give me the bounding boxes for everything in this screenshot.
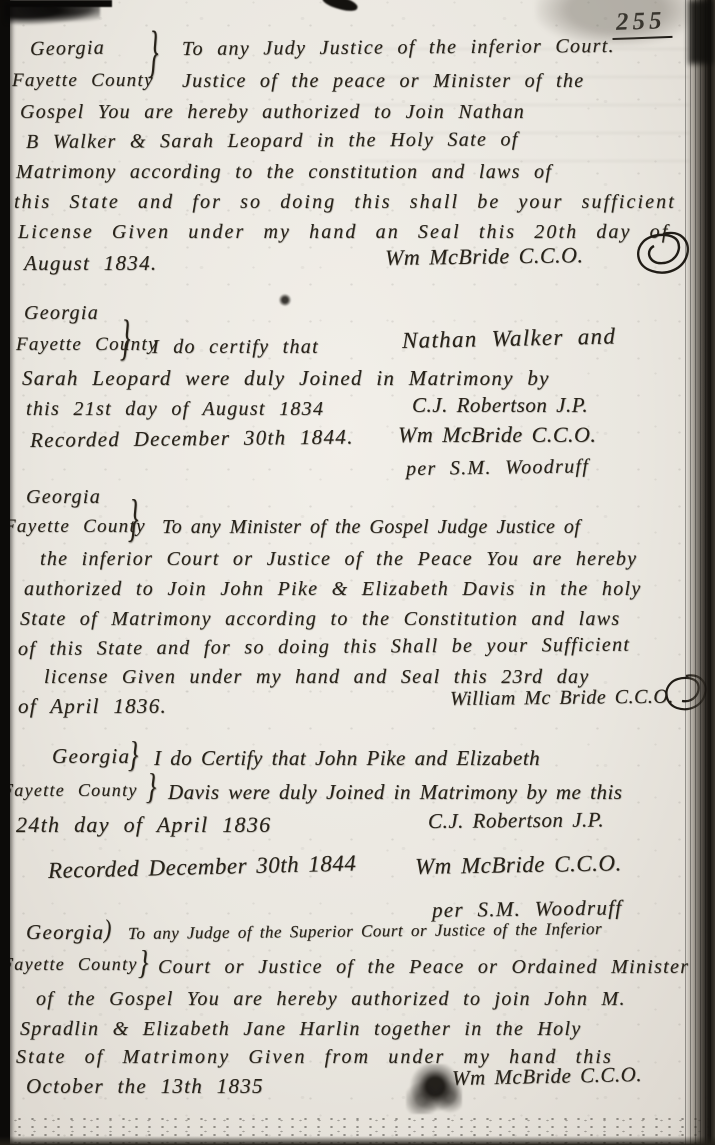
brace: } xyxy=(138,944,148,983)
ink-blot xyxy=(406,1064,462,1114)
license-text-line: Court or Justice of the Peace or Ordaine… xyxy=(158,956,689,979)
binding-edge xyxy=(685,0,715,1145)
scan-edge-bottom xyxy=(0,1136,715,1145)
state-caption: Georgia xyxy=(26,920,104,945)
license-text-line: of the Gospel You are hereby authorized … xyxy=(36,988,626,1011)
date-line: October the 13th 1835 xyxy=(26,1074,264,1099)
scan-corner-top-left xyxy=(4,2,100,26)
top-right-stain xyxy=(536,0,696,46)
license-text-line: Spradlin & Elizabeth Jane Harlin togethe… xyxy=(20,1018,582,1041)
license-text-line: To any Judge of the Superior Court or Ju… xyxy=(128,919,602,944)
bleed-through-lines xyxy=(360,48,690,178)
brace: ) xyxy=(104,913,111,944)
scanned-record-page: 255 Georgia Fayette County } To any Judy… xyxy=(0,0,715,1145)
county-caption: Fayette County xyxy=(2,954,138,975)
scan-edge-left xyxy=(0,0,10,1145)
scan-corner-top-right xyxy=(689,0,713,64)
clerk-signature: Wm McBride C.C.O. xyxy=(452,1062,643,1091)
